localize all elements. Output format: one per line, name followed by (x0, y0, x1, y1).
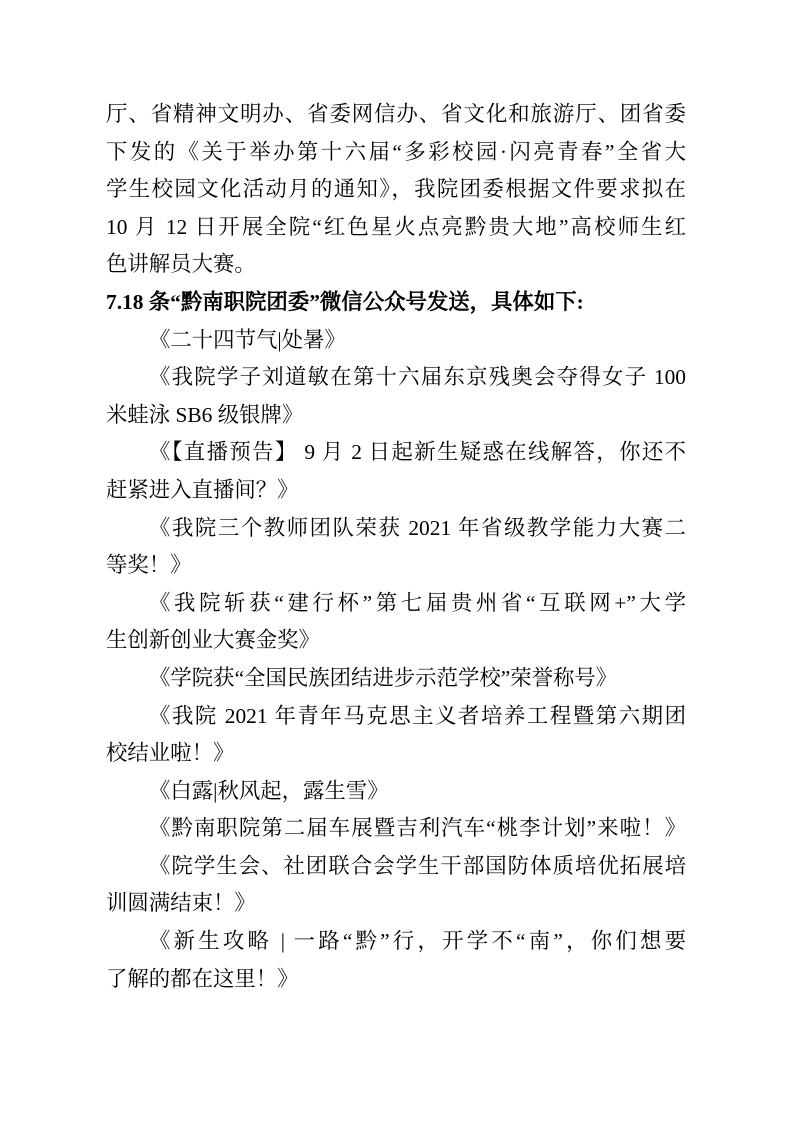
post-title-line: 米蛙泳 SB6 级银牌》 (106, 397, 686, 435)
post-title-line: 《我院三个教师团队荣获 2021 年省级教学能力大赛二 (106, 510, 686, 548)
post-title-line: 了解的都在这里！》 (106, 961, 686, 999)
paragraph-line: 厅、省精神文明办、省委网信办、省文化和旅游厅、团省委 (106, 96, 686, 134)
wechat-post-title: 《黔南职院第二届车展暨吉利汽车“桃李计划”来啦！》 (106, 810, 686, 848)
wechat-post-title: 《我院三个教师团队荣获 2021 年省级教学能力大赛二 等奖！》 (106, 510, 686, 585)
section-heading-7: 7.18 条“黔南职院团委”微信公众号发送，具体如下: (106, 284, 686, 322)
post-title-line: 生创新创业大赛金奖》 (106, 622, 686, 660)
post-title-line: 《【直播预告】 9 月 2 日起新生疑惑在线解答，你还不 (106, 434, 686, 472)
post-title-line: 《白露|秋风起，露生雪》 (106, 773, 686, 811)
text-content: 厅、省精神文明办、省委网信办、省文化和旅游厅、团省委 下发的《关于举办第十六届“… (106, 96, 686, 998)
wechat-post-title: 《我院斩获“建行杯”第七届贵州省“互联网+”大学 生创新创业大赛金奖》 (106, 585, 686, 660)
paragraph-line: 10 月 12 日开展全院“红色星火点亮黔贵大地”高校师生红 (106, 209, 686, 247)
wechat-post-title: 《院学生会、社团联合会学生干部国防体质培优拓展培 训圆满结束！》 (106, 848, 686, 923)
post-title-line: 《学院获“全国民族团结进步示范学校”荣誉称号》 (106, 660, 686, 698)
paragraph-line: 下发的《关于举办第十六届“多彩校园·闪亮青春”全省大 (106, 134, 686, 172)
post-title-line: 校结业啦！》 (106, 735, 686, 773)
wechat-post-title: 《学院获“全国民族团结进步示范学校”荣誉称号》 (106, 660, 686, 698)
post-title-line: 《院学生会、社团联合会学生干部国防体质培优拓展培 (106, 848, 686, 886)
wechat-post-title: 《【直播预告】 9 月 2 日起新生疑惑在线解答，你还不 赶紧进入直播间？》 (106, 434, 686, 509)
continued-paragraph: 厅、省精神文明办、省委网信办、省文化和旅游厅、团省委 下发的《关于举办第十六届“… (106, 96, 686, 284)
paragraph-line: 色讲解员大赛。 (106, 246, 686, 284)
post-title-line: 《新生攻略 | 一路“黔”行，开学不“南”，你们想要 (106, 923, 686, 961)
post-title-line: 赶紧进入直播间？》 (106, 472, 686, 510)
wechat-post-title: 《新生攻略 | 一路“黔”行，开学不“南”，你们想要 了解的都在这里！》 (106, 923, 686, 998)
paragraph-line: 学生校园文化活动月的通知》，我院团委根据文件要求拟在 (106, 171, 686, 209)
post-title-line: 《黔南职院第二届车展暨吉利汽车“桃李计划”来啦！》 (106, 810, 686, 848)
document-page: 厅、省精神文明办、省委网信办、省文化和旅游厅、团省委 下发的《关于举办第十六届“… (0, 0, 793, 1122)
wechat-post-title: 《白露|秋风起，露生雪》 (106, 773, 686, 811)
wechat-post-title: 《我院学子刘道敏在第十六届东京残奥会夺得女子 100 米蛙泳 SB6 级银牌》 (106, 359, 686, 434)
post-title-line: 等奖！》 (106, 547, 686, 585)
wechat-posts-list: 《二十四节气|处暑》 《我院学子刘道敏在第十六届东京残奥会夺得女子 100 米蛙… (106, 322, 686, 999)
wechat-post-title: 《二十四节气|处暑》 (106, 322, 686, 360)
post-title-line: 《我院 2021 年青年马克思主义者培养工程暨第六期团 (106, 698, 686, 736)
wechat-post-title: 《我院 2021 年青年马克思主义者培养工程暨第六期团 校结业啦！》 (106, 698, 686, 773)
post-title-line: 《二十四节气|处暑》 (106, 322, 686, 360)
post-title-line: 《我院斩获“建行杯”第七届贵州省“互联网+”大学 (106, 585, 686, 623)
post-title-line: 《我院学子刘道敏在第十六届东京残奥会夺得女子 100 (106, 359, 686, 397)
post-title-line: 训圆满结束！》 (106, 885, 686, 923)
